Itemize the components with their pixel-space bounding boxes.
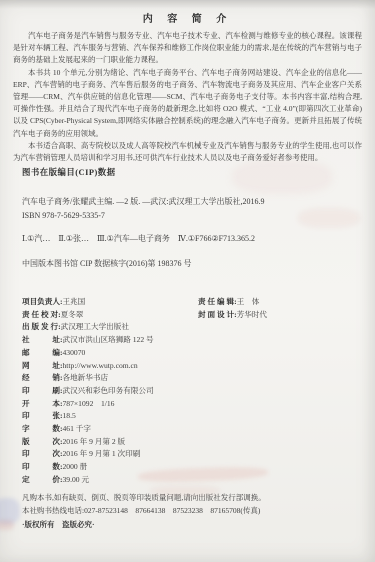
intro-paragraph: 本书共 10 个单元,分别为绪论、汽车电子商务平台、汽车电子商务网站建设、汽车企… xyxy=(13,67,362,140)
colophon-row: 责 任 编 辑:王 体 xyxy=(198,296,358,309)
isbn-line: ISBN 978-7-5629-5335-7 xyxy=(22,209,352,223)
colophon-row: 责 任 校 对:夏冬翠 xyxy=(22,309,192,322)
colophon-row: 定 价:39.00 元 xyxy=(22,474,192,487)
hotline-line: 本社购书热线电话:027-87523148 87664138 87523238 … xyxy=(22,504,357,517)
cip-book-line: 汽车电子商务/张耀武主编. —2 版. —武汉:武汉理工大学出版社,2016.9 xyxy=(22,195,352,209)
publication-details-left: 项目负责人:王兆国 责 任 校 对:夏冬翠 出 版 发 行:武汉理工大学出版社 … xyxy=(22,296,192,487)
colophon-row: 印 次:2016 年 9 月第 1 次印刷 xyxy=(22,448,192,461)
colophon-row: 邮 编:430070 xyxy=(22,347,192,360)
colophon-row: 经 销:各地新华书店 xyxy=(22,372,192,385)
quality-note-line: 凡购本书,如有缺页、倒页、脱页等印装质量问题,请向出版社发行部调换。 xyxy=(22,491,357,504)
intro-paragraph: 汽车电子商务是汽车销售与服务专业、汽车电子技术专业、汽车检测与维修专业的核心课程… xyxy=(13,30,362,67)
colophon-row: 版 次:2016 年 9 月第 2 版 xyxy=(22,436,192,449)
content-summary: 汽车电子商务是汽车销售与服务专业、汽车电子技术专业、汽车检测与维修专业的核心课程… xyxy=(13,30,362,164)
scan-artifact-red-mark xyxy=(0,520,14,530)
scanned-book-colophon-page: 内 容 简 介 汽车电子商务是汽车销售与服务专业、汽车电子技术专业、汽车检测与维… xyxy=(0,0,375,562)
colophon-row: 开 本:787×1092 1/16 xyxy=(22,398,192,411)
copyright-notice-line: ·版权所有 盗版必究· xyxy=(22,518,357,531)
purchase-notes: 凡购本书,如有缺页、倒页、脱页等印装质量问题,请向出版社发行部调换。 本社购书热… xyxy=(22,491,357,531)
colophon-row: 网 址:http://www.wutp.com.cn xyxy=(22,360,192,373)
scan-artifact-pink-smudge xyxy=(232,160,332,194)
scan-artifact-blue-mark xyxy=(0,498,20,524)
colophon-row: 印 刷:武汉兴和彩色印务有限公司 xyxy=(22,385,192,398)
cip-book-info: 汽车电子商务/张耀武主编. —2 版. —武汉:武汉理工大学出版社,2016.9… xyxy=(22,195,352,222)
colophon-row: 出 版 发 行:武汉理工大学出版社 xyxy=(22,321,192,334)
intro-paragraph: 本书适合高职、高专院校以及成人高等院校汽车机械专业及汽车销售与服务专业的学生使用… xyxy=(13,140,362,164)
colophon-row: 社 址:武汉市洪山区珞狮路 122 号 xyxy=(22,334,192,347)
cip-record-number-line: 中国版本图书馆 CIP 数据核字(2016)第 198376 号 xyxy=(22,258,362,269)
colophon-row: 项目负责人:王兆国 xyxy=(22,296,192,309)
cip-classification-line: Ⅰ.①汽… Ⅱ.①张… Ⅲ.①汽车—电子商务 Ⅳ.①F766②F713.365.… xyxy=(22,233,362,244)
page-title: 内 容 简 介 xyxy=(0,10,375,25)
publication-details-right: 责 任 编 辑:王 体 封 面 设 计:芳华时代 xyxy=(198,296,358,321)
colophon-row: 印 张:18.5 xyxy=(22,410,192,423)
colophon-row: 印 数:2000 册 xyxy=(22,461,192,474)
colophon-row: 封 面 设 计:芳华时代 xyxy=(198,309,358,322)
cip-heading: 图书在版编目(CIP)数据 xyxy=(22,166,116,178)
colophon-row: 字 数:461 千字 xyxy=(22,423,192,436)
